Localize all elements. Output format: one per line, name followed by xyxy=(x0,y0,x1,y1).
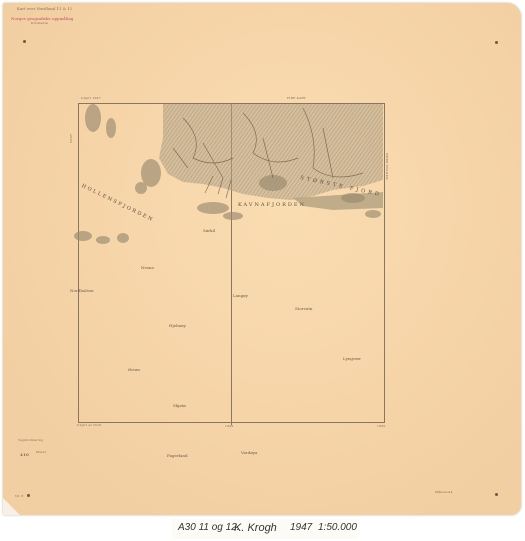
corner-mark-icon xyxy=(27,494,30,497)
corner-mark-icon xyxy=(495,493,498,496)
frame-label-bottom-left: Utgitt av NGO xyxy=(77,423,102,427)
header-note: Kart over Nordland 11 & 12 xyxy=(17,7,72,11)
frame-label-bottom-right: 1950 xyxy=(377,424,385,428)
bottom-right-mark: Målestokk xyxy=(435,490,453,494)
stamp-sub: Kristiania xyxy=(31,21,48,25)
place-label: Ørnes xyxy=(128,367,140,372)
place-label: Skjøtø xyxy=(173,403,186,408)
caption-sheet-id: A30 11 og 12. xyxy=(178,522,240,533)
place-label: Hjelmøy xyxy=(169,323,186,328)
fjord-label: KAVNAFJORDEN xyxy=(238,202,306,208)
place-label: Vardøya xyxy=(241,450,257,455)
caption-author: K. Krogh xyxy=(234,522,277,534)
legend-note: Meter xyxy=(36,450,46,454)
legend-value: 410 xyxy=(20,452,29,457)
caption-scale: 1:50.000 xyxy=(318,522,357,533)
caption-strip: A30 11 og 12. K. Krogh 1947 1:50.000 xyxy=(172,519,357,539)
frame-label-bottom-center: 1949 xyxy=(225,424,233,428)
place-label: Nordhalsen xyxy=(70,288,94,293)
corner-mark-icon xyxy=(495,41,498,44)
place-label: Fagerland xyxy=(167,453,188,458)
place-label: Storvatn xyxy=(295,306,313,311)
terrain-relief xyxy=(63,98,403,258)
place-label: Nesna xyxy=(141,265,154,270)
legend-title: Tegnforklaring xyxy=(18,438,43,442)
bottom-left-mark: Nr. 8 xyxy=(15,494,24,498)
caption-year: 1947 xyxy=(290,522,312,533)
place-label: Lyngvær xyxy=(343,356,361,361)
place-label: Langøy xyxy=(233,293,248,298)
corner-mark-icon xyxy=(23,40,26,43)
place-label: Sørkil xyxy=(203,228,215,233)
map-sheet: Kart over Nordland 11 & 12 Norges geogra… xyxy=(3,3,521,515)
